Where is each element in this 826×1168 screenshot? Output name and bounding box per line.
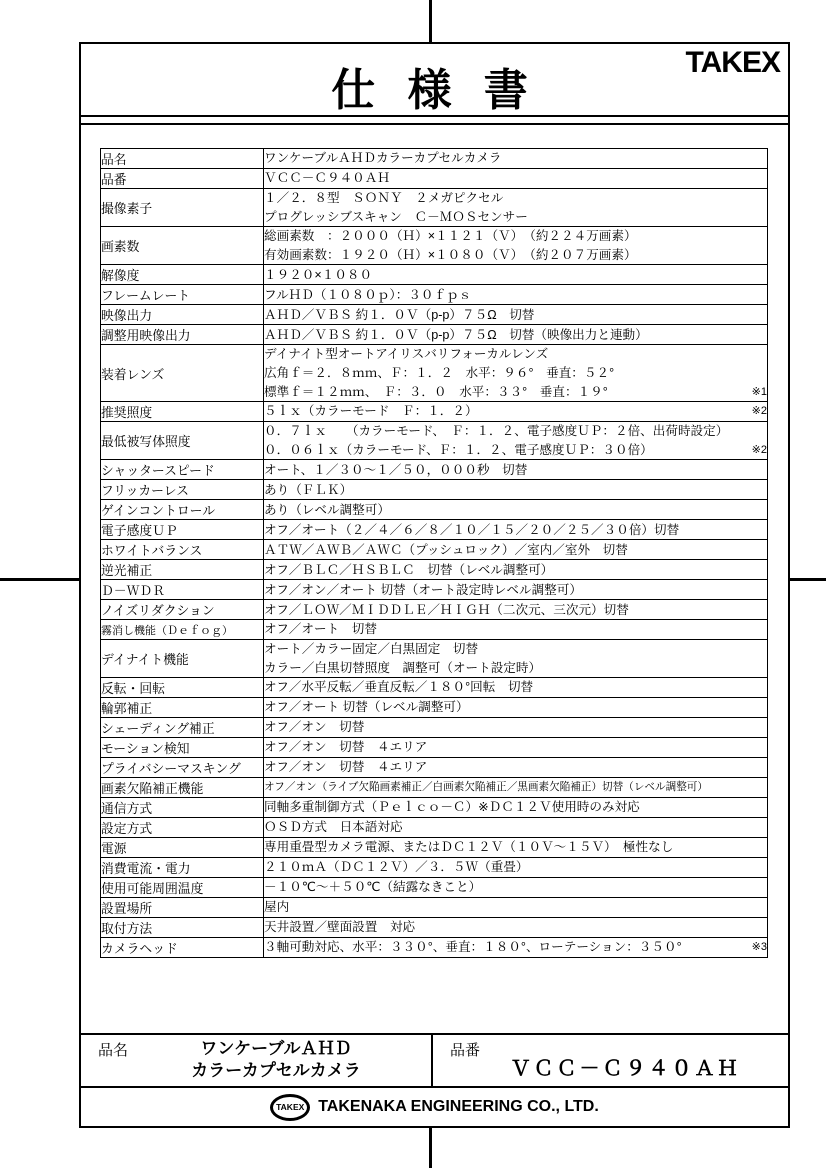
spec-row-label: 解像度 [101, 265, 264, 285]
spec-row: 最低被写体照度０．７ｌｘ （カラーモード、 Ｆ：１．２、電子感度ＵＰ：２倍、出荷… [101, 422, 768, 460]
spec-value-line: ＡＨＤ／ＶＢＳ 約１．０Ｖ（p-p）７５Ω 切替 [264, 306, 767, 325]
footer-model-cell: 品番 ＶＣＣ－Ｃ９４０ＡＨ [433, 1035, 788, 1086]
spec-row-value: －１０℃～＋５０℃（結露なきこと） [264, 878, 768, 898]
spec-row-label: 輪郭補正 [101, 698, 264, 718]
spec-row: 通信方式同軸多重制御方式（Ｐｅｌｃｏ－Ｃ）※ＤＣ１２Ｖ使用時のみ対応 [101, 798, 768, 818]
spec-value-text: オフ／オン 切替 ４エリア [264, 758, 427, 777]
spec-value-text: ワンケーブルＡＨＤカラーカプセルカメラ [264, 149, 502, 168]
spec-row-label: 調整用映像出力 [101, 325, 264, 345]
spec-row-label: ゲインコントロール [101, 500, 264, 520]
spec-value-line: 広角ｆ＝２．８ｍｍ、Ｆ：１．２ 水平：９６° 垂直：５２° [264, 364, 767, 383]
sheet-header: 仕 様 書 TAKEX [81, 44, 788, 117]
spec-value-text: ＡＴＷ／ＡＷＢ／ＡＷＣ（プッシュロック）／室内／室外 切替 [264, 541, 628, 560]
spec-row: シャッタースピードオート、１／３０～１／５０，０００秒 切替 [101, 460, 768, 480]
crop-mark-right [788, 578, 826, 581]
spec-row: 電源専用重畳型カメラ電源、またはＤＣ１２Ｖ（１０Ｖ～１５Ｖ） 極性なし [101, 838, 768, 858]
spec-row-value: オフ／オート 切替（レベル調整可） [264, 698, 768, 718]
footer-product-name-line2: カラーカプセルカメラ [121, 1060, 431, 1082]
spec-value-text: ０．７ｌｘ （カラーモード、 Ｆ：１．２、電子感度ＵＰ：２倍、出荷時設定） [264, 422, 728, 441]
spec-row-label: 装着レンズ [101, 345, 264, 402]
spec-row-label: Ｄ－ＷＤＲ [101, 580, 264, 600]
spec-value-text: オフ／オート（２／４／６／８／１０／１５／２０／２５／３０倍）切替 [264, 521, 679, 540]
spec-value-line: ０．０６ｌｘ（カラーモード、Ｆ：１．２、電子感度ＵＰ：３０倍）※2 [264, 441, 767, 460]
spec-value-line: ＯＳＤ方式 日本語対応 [264, 818, 767, 837]
spec-row-value: オフ／オン 切替 ４エリア [264, 738, 768, 758]
spec-value-text: オフ／オン／オート 切替（オート設定時レベル調整可） [264, 581, 582, 600]
spec-row-label: 反転・回転 [101, 678, 264, 698]
spec-row-value: オフ／オン 切替 ４エリア [264, 758, 768, 778]
spec-row-value: ０．７ｌｘ （カラーモード、 Ｆ：１．２、電子感度ＵＰ：２倍、出荷時設定）０．０… [264, 422, 768, 460]
spec-row-label: 電源 [101, 838, 264, 858]
spec-row: Ｄ－ＷＤＲオフ／オン／オート 切替（オート設定時レベル調整可） [101, 580, 768, 600]
spec-value-line: 同軸多重制御方式（Ｐｅｌｃｏ－Ｃ）※ＤＣ１２Ｖ使用時のみ対応 [264, 798, 767, 817]
spec-value-line: ＡＴＷ／ＡＷＢ／ＡＷＣ（プッシュロック）／室内／室外 切替 [264, 541, 767, 560]
spec-value-text: 広角ｆ＝２．８ｍｍ、Ｆ：１．２ 水平：９６° 垂直：５２° [264, 364, 614, 383]
spec-row: 推奨照度５ｌｘ（カラーモード Ｆ：１．２）※2 [101, 402, 768, 422]
spec-value-line: オフ／ＢＬＣ／ＨＳＢＬＣ 切替（レベル調整可） [264, 561, 767, 580]
spec-value-text: あり（ＦＬＫ） [264, 481, 352, 500]
spec-value-text: オフ／オン 切替 [264, 718, 364, 737]
spec-value-line: 屋内 [264, 898, 767, 917]
spec-value-line: オート、１／３０～１／５０，０００秒 切替 [264, 461, 767, 480]
spec-row: 輪郭補正オフ／オート 切替（レベル調整可） [101, 698, 768, 718]
spec-row: 映像出力ＡＨＤ／ＶＢＳ 約１．０Ｖ（p-p）７５Ω 切替 [101, 305, 768, 325]
spec-row-value: オート、１／３０～１／５０，０００秒 切替 [264, 460, 768, 480]
spec-row-label: 逆光補正 [101, 560, 264, 580]
spec-value-text: ０．０６ｌｘ（カラーモード、Ｆ：１．２、電子感度ＵＰ：３０倍） [264, 441, 653, 460]
spec-value-line: １９２０×１０８０ [264, 266, 767, 285]
spec-sheet-page: 仕 様 書 TAKEX 品名ワンケーブルＡＨＤカラーカプセルカメラ品番ＶＣＣ－Ｃ… [0, 0, 826, 1168]
spec-value-line: オフ／オート（２／４／６／８／１０／１５／２０／２５／３０倍）切替 [264, 521, 767, 540]
spec-value-text: オフ／オート 切替 [264, 620, 377, 639]
spec-value-text: ＡＨＤ／ＶＢＳ 約１．０Ｖ（p-p）７５Ω 切替（映像出力と連動） [264, 326, 648, 345]
spec-value-line: あり（ＦＬＫ） [264, 481, 767, 500]
spec-row-value: オフ／オート 切替 [264, 620, 768, 640]
spec-value-line: －１０℃～＋５０℃（結露なきこと） [264, 878, 767, 897]
brand-logo-takex: TAKEX [686, 46, 780, 80]
spec-row-value: オフ／ＬＯＷ／ＭＩＤＤＬＥ／ＨＩＧＨ（二次元、三次元）切替 [264, 600, 768, 620]
spec-row-label: 消費電流・電力 [101, 858, 264, 878]
spec-value-line: 専用重畳型カメラ電源、またはＤＣ１２Ｖ（１０Ｖ～１５Ｖ） 極性なし [264, 838, 767, 857]
spec-row: 霧消し機能（Ｄｅｆｏｇ）オフ／オート 切替 [101, 620, 768, 640]
spec-row-label: ホワイトバランス [101, 540, 264, 560]
spec-row: 設置場所屋内 [101, 898, 768, 918]
spec-row-value: 同軸多重制御方式（Ｐｅｌｃｏ－Ｃ）※ＤＣ１２Ｖ使用時のみ対応 [264, 798, 768, 818]
spec-value-text: オート、１／３０～１／５０，０００秒 切替 [264, 461, 527, 480]
spec-row-value: 総画素数 ：２０００（Ｈ）×１１２１（Ｖ） （約２２４万画素）有効画素数：１９２… [264, 227, 768, 265]
spec-value-line: ５ｌｘ（カラーモード Ｆ：１．２）※2 [264, 402, 767, 421]
spec-value-line: １／２．８型 ＳＯＮＹ ２メガピクセル [264, 189, 767, 208]
spec-row-label: 霧消し機能（Ｄｅｆｏｇ） [101, 620, 264, 640]
spec-row-value: ３軸可動対応、水平：３３０°、垂直：１８０°、ローテーション：３５０°※3 [264, 938, 768, 958]
spec-row: ホワイトバランスＡＴＷ／ＡＷＢ／ＡＷＣ（プッシュロック）／室内／室外 切替 [101, 540, 768, 560]
spec-row: ノイズリダクションオフ／ＬＯＷ／ＭＩＤＤＬＥ／ＨＩＧＨ（二次元、三次元）切替 [101, 600, 768, 620]
footer-model-number: ＶＣＣ－Ｃ９４０ＡＨ [463, 1052, 788, 1081]
spec-row-label: 撮像素子 [101, 189, 264, 227]
spec-row: 反転・回転オフ／水平反転／垂直反転／１８０°回転 切替 [101, 678, 768, 698]
spec-row-value: ５ｌｘ（カラーモード Ｆ：１．２）※2 [264, 402, 768, 422]
spec-row: フレームレートフルＨＤ（１０８０ｐ）：３０ｆｐｓ [101, 285, 768, 305]
spec-row-value: ＡＨＤ／ＶＢＳ 約１．０Ｖ（p-p）７５Ω 切替（映像出力と連動） [264, 325, 768, 345]
spec-row-label: 推奨照度 [101, 402, 264, 422]
spec-row-label: デイナイト機能 [101, 639, 264, 677]
company-bar: TAKEX TAKENAKA ENGINEERING CO., LTD. [81, 1088, 788, 1126]
spec-row-label: プライバシーマスキング [101, 758, 264, 778]
page-title: 仕 様 書 [81, 54, 788, 118]
spec-row-value: ＡＴＷ／ＡＷＢ／ＡＷＣ（プッシュロック）／室内／室外 切替 [264, 540, 768, 560]
spec-row: 撮像素子１／２．８型 ＳＯＮＹ ２メガピクセルプログレッシブスキャン Ｃ－ＭＯＳ… [101, 189, 768, 227]
spec-value-text: ＡＨＤ／ＶＢＳ 約１．０Ｖ（p-p）７５Ω 切替 [264, 306, 534, 325]
spec-row-label: 画素欠陥補正機能 [101, 778, 264, 798]
spec-row: デイナイト機能オート／カラー固定／白黒固定 切替カラー／白黒切替照度 調整可（オ… [101, 639, 768, 677]
spec-value-text: 専用重畳型カメラ電源、またはＤＣ１２Ｖ（１０Ｖ～１５Ｖ） 極性なし [264, 838, 673, 857]
spec-value-text: オフ／ＬＯＷ／ＭＩＤＤＬＥ／ＨＩＧＨ（二次元、三次元）切替 [264, 601, 629, 620]
spec-value-text: プログレッシブスキャン Ｃ－ＭＯＳセンサー [264, 208, 528, 227]
spec-value-line: ＶＣＣ－Ｃ９４０ＡＨ [264, 169, 767, 188]
spec-row-label: フリッカーレス [101, 480, 264, 500]
spec-value-line: ２１０ｍＡ（ＤＣ１２Ｖ）／３．５Ｗ（重畳） [264, 858, 767, 877]
spec-value-text: オフ／オン 切替 ４エリア [264, 738, 427, 757]
spec-value-line: オート／カラー固定／白黒固定 切替 [264, 640, 767, 659]
spec-value-text: デイナイト型オートアイリスバリフォーカルレンズ [264, 345, 548, 364]
spec-value-text: 同軸多重制御方式（Ｐｅｌｃｏ－Ｃ）※ＤＣ１２Ｖ使用時のみ対応 [264, 798, 640, 817]
spec-value-text: ＯＳＤ方式 日本語対応 [264, 818, 403, 837]
footer-product-name: ワンケーブルＡＨＤ カラーカプセルカメラ [121, 1038, 431, 1082]
spec-row: 電子感度ＵＰオフ／オート（２／４／６／８／１０／１５／２０／２５／３０倍）切替 [101, 520, 768, 540]
spec-row: 使用可能周囲温度－１０℃～＋５０℃（結露なきこと） [101, 878, 768, 898]
spec-value-text: －１０℃～＋５０℃（結露なきこと） [264, 878, 481, 897]
spec-value-text: ３軸可動対応、水平：３３０°、垂直：１８０°、ローテーション：３５０° [264, 938, 682, 957]
spec-row-value: 屋内 [264, 898, 768, 918]
spec-row-label: 通信方式 [101, 798, 264, 818]
spec-row-value: オフ／ＢＬＣ／ＨＳＢＬＣ 切替（レベル調整可） [264, 560, 768, 580]
spec-row-label: 映像出力 [101, 305, 264, 325]
spec-remark-mark: ※1 [748, 383, 767, 402]
spec-row: フリッカーレスあり（ＦＬＫ） [101, 480, 768, 500]
spec-row-value: フルＨＤ（１０８０ｐ）：３０ｆｐｓ [264, 285, 768, 305]
spec-value-text: １９２０×１０８０ [264, 266, 372, 285]
sheet-frame: 仕 様 書 TAKEX 品名ワンケーブルＡＨＤカラーカプセルカメラ品番ＶＣＣ－Ｃ… [79, 42, 790, 1128]
spec-value-line: カラー／白黒切替照度 調整可（オート設定時） [264, 659, 767, 678]
crop-mark-bottom [429, 1128, 432, 1168]
spec-row-label: 取付方法 [101, 918, 264, 938]
spec-row: 消費電流・電力２１０ｍＡ（ＤＣ１２Ｖ）／３．５Ｗ（重畳） [101, 858, 768, 878]
spec-row-label: 設置場所 [101, 898, 264, 918]
spec-row: 品番ＶＣＣ－Ｃ９４０ＡＨ [101, 169, 768, 189]
spec-value-line: 有効画素数：１９２０（Ｈ）×１０８０（Ｖ） （約２０７万画素） [264, 246, 767, 265]
footer-product-name-cell: 品名 ワンケーブルＡＨＤ カラーカプセルカメラ [81, 1035, 433, 1086]
spec-value-line: 天井設置／壁面設置 対応 [264, 918, 767, 937]
spec-row-value: あり（ＦＬＫ） [264, 480, 768, 500]
spec-remark-mark: ※3 [748, 938, 767, 957]
spec-row-label: 品名 [101, 149, 264, 169]
spec-value-line: プログレッシブスキャン Ｃ－ＭＯＳセンサー [264, 208, 767, 227]
spec-row-value: 専用重畳型カメラ電源、またはＤＣ１２Ｖ（１０Ｖ～１５Ｖ） 極性なし [264, 838, 768, 858]
spec-remark-mark: ※2 [748, 402, 767, 421]
spec-row-label: 使用可能周囲温度 [101, 878, 264, 898]
spec-row: 解像度１９２０×１０８０ [101, 265, 768, 285]
spec-row-label: 画素数 [101, 227, 264, 265]
spec-value-text: オフ／オン（ライブ欠陥画素補正／白画素欠陥補正／黒画素欠陥補正）切替（レベル調整… [264, 778, 708, 797]
spec-value-text: 有効画素数：１９２０（Ｈ）×１０８０（Ｖ） （約２０７万画素） [264, 246, 637, 265]
spec-value-line: オフ／オン 切替 ４エリア [264, 738, 767, 757]
spec-value-line: 総画素数 ：２０００（Ｈ）×１１２１（Ｖ） （約２２４万画素） [264, 227, 767, 246]
spec-value-line: オフ／オン／オート 切替（オート設定時レベル調整可） [264, 581, 767, 600]
spec-value-text: オート／カラー固定／白黒固定 切替 [264, 640, 478, 659]
spec-value-line: フルＨＤ（１０８０ｐ）：３０ｆｐｓ [264, 286, 767, 305]
spec-row: 調整用映像出力ＡＨＤ／ＶＢＳ 約１．０Ｖ（p-p）７５Ω 切替（映像出力と連動） [101, 325, 768, 345]
spec-value-text: あり（レベル調整可） [264, 501, 390, 520]
spec-row-value: オフ／オン 切替 [264, 718, 768, 738]
spec-row-value: デイナイト型オートアイリスバリフォーカルレンズ広角ｆ＝２．８ｍｍ、Ｆ：１．２ 水… [264, 345, 768, 402]
spec-row-value: ＡＨＤ／ＶＢＳ 約１．０Ｖ（p-p）７５Ω 切替 [264, 305, 768, 325]
spec-row-value: あり（レベル調整可） [264, 500, 768, 520]
spec-row: 画素欠陥補正機能オフ／オン（ライブ欠陥画素補正／白画素欠陥補正／黒画素欠陥補正）… [101, 778, 768, 798]
spec-row-value: オフ／オン（ライブ欠陥画素補正／白画素欠陥補正／黒画素欠陥補正）切替（レベル調整… [264, 778, 768, 798]
spec-row-label: シェーディング補正 [101, 718, 264, 738]
spec-value-line: オフ／オート 切替 [264, 620, 767, 639]
spec-row: 取付方法天井設置／壁面設置 対応 [101, 918, 768, 938]
spec-value-text: ＶＣＣ－Ｃ９４０ＡＨ [264, 169, 390, 188]
spec-value-line: ０．７ｌｘ （カラーモード、 Ｆ：１．２、電子感度ＵＰ：２倍、出荷時設定） [264, 422, 767, 441]
spec-row: 画素数総画素数 ：２０００（Ｈ）×１１２１（Ｖ） （約２２４万画素）有効画素数：… [101, 227, 768, 265]
spec-row-value: オフ／オン／オート 切替（オート設定時レベル調整可） [264, 580, 768, 600]
spec-value-line: ３軸可動対応、水平：３３０°、垂直：１８０°、ローテーション：３５０°※3 [264, 938, 767, 957]
takex-oval-logo-icon: TAKEX [270, 1094, 310, 1121]
spec-row-value: １／２．８型 ＳＯＮＹ ２メガピクセルプログレッシブスキャン Ｃ－ＭＯＳセンサー [264, 189, 768, 227]
footer-product-name-line1: ワンケーブルＡＨＤ [121, 1038, 431, 1060]
spec-row-label: シャッタースピード [101, 460, 264, 480]
spec-row-label: 最低被写体照度 [101, 422, 264, 460]
spec-value-line: あり（レベル調整可） [264, 501, 767, 520]
spec-value-text: ２１０ｍＡ（ＤＣ１２Ｖ）／３．５Ｗ（重畳） [264, 858, 528, 877]
spec-value-text: フルＨＤ（１０８０ｐ）：３０ｆｐｓ [264, 286, 471, 305]
spec-value-line: オフ／水平反転／垂直反転／１８０°回転 切替 [264, 678, 767, 697]
spec-row: 装着レンズデイナイト型オートアイリスバリフォーカルレンズ広角ｆ＝２．８ｍｍ、Ｆ：… [101, 345, 768, 402]
spec-row-label: カメラヘッド [101, 938, 264, 958]
spec-row-value: ＯＳＤ方式 日本語対応 [264, 818, 768, 838]
spec-value-line: 標準ｆ＝１２ｍｍ、 Ｆ：３．０ 水平：３３° 垂直：１９°※1 [264, 383, 767, 402]
spec-value-line: オフ／ＬＯＷ／ＭＩＤＤＬＥ／ＨＩＧＨ（二次元、三次元）切替 [264, 601, 767, 620]
spec-value-line: オフ／オート 切替（レベル調整可） [264, 698, 767, 717]
company-name: TAKENAKA ENGINEERING CO., LTD. [318, 1098, 599, 1116]
spec-row: カメラヘッド３軸可動対応、水平：３３０°、垂直：１８０°、ローテーション：３５０… [101, 938, 768, 958]
spec-row: ゲインコントロールあり（レベル調整可） [101, 500, 768, 520]
spec-remark-mark: ※2 [748, 441, 767, 460]
footer-title-block: 品名 ワンケーブルＡＨＤ カラーカプセルカメラ 品番 ＶＣＣ－Ｃ９４０ＡＨ [81, 1035, 788, 1086]
spec-row-value: ＶＣＣ－Ｃ９４０ＡＨ [264, 169, 768, 189]
spec-row-label: 品番 [101, 169, 264, 189]
spec-row: 逆光補正オフ／ＢＬＣ／ＨＳＢＬＣ 切替（レベル調整可） [101, 560, 768, 580]
spec-value-text: オフ／ＢＬＣ／ＨＳＢＬＣ 切替（レベル調整可） [264, 561, 553, 580]
spec-row: モーション検知オフ／オン 切替 ４エリア [101, 738, 768, 758]
spec-row-label: ノイズリダクション [101, 600, 264, 620]
spec-row-value: オート／カラー固定／白黒固定 切替カラー／白黒切替照度 調整可（オート設定時） [264, 639, 768, 677]
spec-row-value: １９２０×１０８０ [264, 265, 768, 285]
spec-row: 設定方式ＯＳＤ方式 日本語対応 [101, 818, 768, 838]
spec-value-line: デイナイト型オートアイリスバリフォーカルレンズ [264, 345, 767, 364]
spec-value-line: オフ／オン 切替 ４エリア [264, 758, 767, 777]
spec-row-value: ２１０ｍＡ（ＤＣ１２Ｖ）／３．５Ｗ（重畳） [264, 858, 768, 878]
spec-value-line: オフ／オン（ライブ欠陥画素補正／白画素欠陥補正／黒画素欠陥補正）切替（レベル調整… [264, 778, 767, 797]
spec-row-value: 天井設置／壁面設置 対応 [264, 918, 768, 938]
spec-row-value: ワンケーブルＡＨＤカラーカプセルカメラ [264, 149, 768, 169]
spec-value-text: カラー／白黒切替照度 調整可（オート設定時） [264, 659, 541, 678]
spec-row-value: オフ／オート（２／４／６／８／１０／１５／２０／２５／３０倍）切替 [264, 520, 768, 540]
spec-row: シェーディング補正オフ／オン 切替 [101, 718, 768, 738]
header-divider [81, 123, 788, 125]
spec-row-label: 設定方式 [101, 818, 264, 838]
spec-row-label: モーション検知 [101, 738, 264, 758]
spec-row: 品名ワンケーブルＡＨＤカラーカプセルカメラ [101, 149, 768, 169]
spec-table: 品名ワンケーブルＡＨＤカラーカプセルカメラ品番ＶＣＣ－Ｃ９４０ＡＨ撮像素子１／２… [100, 148, 768, 958]
spec-value-line: ワンケーブルＡＨＤカラーカプセルカメラ [264, 149, 767, 168]
spec-row-label: 電子感度ＵＰ [101, 520, 264, 540]
spec-value-text: 総画素数 ：２０００（Ｈ）×１１２１（Ｖ） （約２２４万画素） [264, 227, 637, 246]
spec-value-text: オフ／水平反転／垂直反転／１８０°回転 切替 [264, 678, 533, 697]
spec-value-text: 屋内 [264, 898, 289, 917]
spec-row: プライバシーマスキングオフ／オン 切替 ４エリア [101, 758, 768, 778]
spec-row-value: オフ／水平反転／垂直反転／１８０°回転 切替 [264, 678, 768, 698]
spec-value-text: １／２．８型 ＳＯＮＹ ２メガピクセル [264, 189, 503, 208]
crop-mark-top [429, 0, 432, 42]
crop-mark-left [0, 578, 79, 581]
spec-value-text: 天井設置／壁面設置 対応 [264, 918, 415, 937]
spec-value-text: ５ｌｘ（カラーモード Ｆ：１．２） [264, 402, 478, 421]
spec-value-text: 標準ｆ＝１２ｍｍ、 Ｆ：３．０ 水平：３３° 垂直：１９° [264, 383, 608, 402]
spec-value-line: オフ／オン 切替 [264, 718, 767, 737]
spec-row-label: フレームレート [101, 285, 264, 305]
spec-value-text: オフ／オート 切替（レベル調整可） [264, 698, 469, 717]
spec-value-line: ＡＨＤ／ＶＢＳ 約１．０Ｖ（p-p）７５Ω 切替（映像出力と連動） [264, 326, 767, 345]
